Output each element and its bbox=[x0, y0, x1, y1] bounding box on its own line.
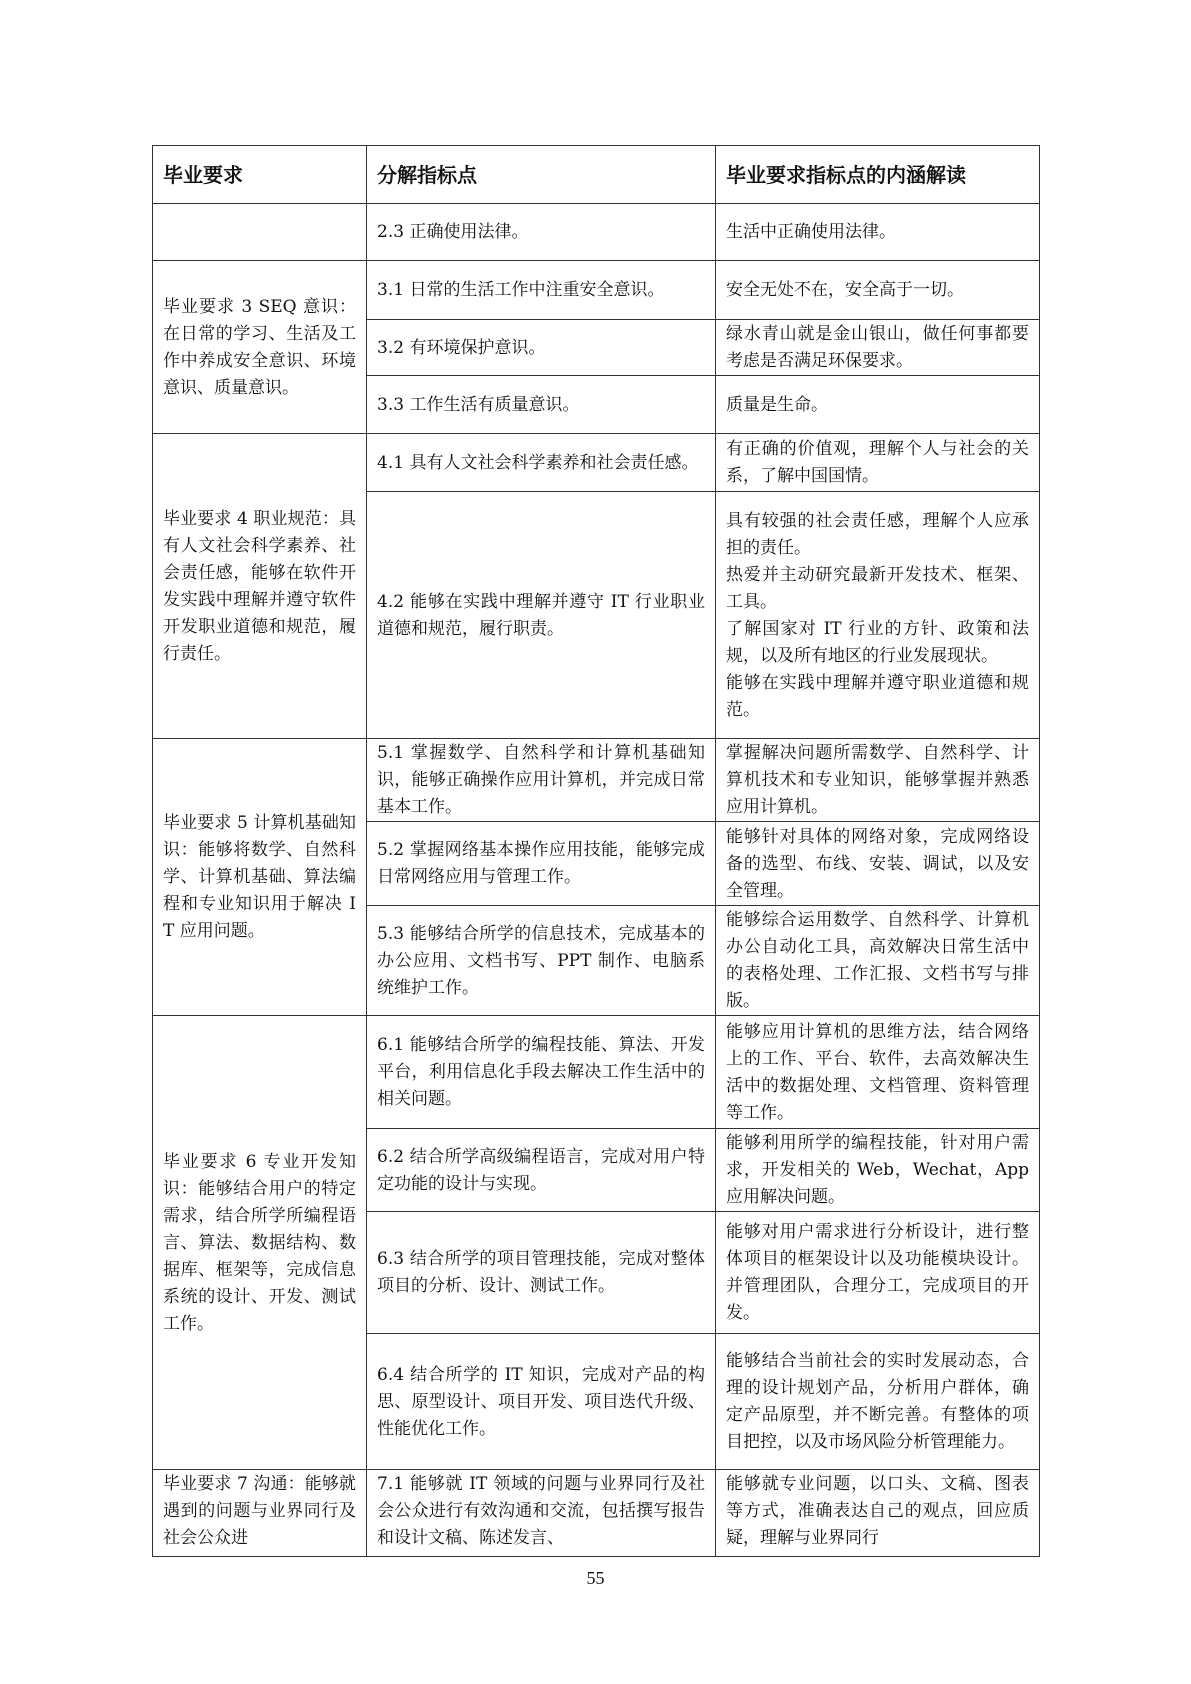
table-row: 毕业要求 7 沟通：能够就遇到的问题与业界同行及社会公众进 7.1 能够就 IT… bbox=[153, 1470, 1040, 1557]
indicator-cell: 5.2 掌握网络基本操作应用技能，能够完成日常网络应用与管理工作。 bbox=[367, 822, 716, 906]
graduation-requirements-table: 毕业要求 分解指标点 毕业要求指标点的内涵解读 2.3 正确使用法律。 生活中正… bbox=[152, 145, 1040, 1557]
interpretation-cell: 能够针对具体的网络对象，完成网络设备的选型、布线、安装、调试，以及安全管理。 bbox=[716, 822, 1040, 906]
requirement-cell: 毕业要求 3 SEQ 意识：在日常的学习、生活及工作中养成安全意识、环境意识、质… bbox=[153, 261, 367, 434]
interpretation-line: 热爱并主动研究最新开发技术、框架、工具。 bbox=[726, 562, 1029, 616]
interpretation-cell: 具有较强的社会责任感，理解个人应承担的责任。 热爱并主动研究最新开发技术、框架、… bbox=[716, 492, 1040, 739]
interpretation-line: 绿水青山就是金山银山，做任何事都要考虑是否满足环保要求。 bbox=[726, 321, 1029, 375]
interpretation-cell: 能够综合运用数学、自然科学、计算机办公自动化工具，高效解决日常生活中的表格处理、… bbox=[716, 906, 1040, 1016]
interpretation-line: 能够在实践中理解并遵守职业道德和规范。 bbox=[726, 670, 1029, 724]
indicator-cell: 6.1 能够结合所学的编程技能、算法、开发平台，利用信息化手段去解决工作生活中的… bbox=[367, 1016, 716, 1129]
interpretation-line: 掌握解决问题所需数学、自然科学、计算机技术和专业知识，能够掌握并熟悉应用计算机。 bbox=[726, 740, 1029, 821]
table-row: 毕业要求 3 SEQ 意识：在日常的学习、生活及工作中养成安全意识、环境意识、质… bbox=[153, 261, 1040, 320]
interpretation-cell: 掌握解决问题所需数学、自然科学、计算机技术和专业知识，能够掌握并熟悉应用计算机。 bbox=[716, 739, 1040, 822]
interpretation-line: 能够针对具体的网络对象，完成网络设备的选型、布线、安装、调试，以及安全管理。 bbox=[726, 824, 1029, 905]
indicator-cell: 6.3 结合所学的项目管理技能，完成对整体项目的分析、设计、测试工作。 bbox=[367, 1212, 716, 1334]
interpretation-line: 能够就专业问题，以口头、文稿、图表等方式，准确表达自己的观点，回应质疑，理解与业… bbox=[726, 1471, 1029, 1552]
page-number: 55 bbox=[0, 1568, 1191, 1589]
indicator-cell: 3.2 有环境保护意识。 bbox=[367, 320, 716, 376]
interpretation-line: 了解国家对 IT 行业的方针、政策和法规，以及所有地区的行业发展现状。 bbox=[726, 616, 1029, 670]
requirement-cell: 毕业要求 5 计算机基础知识：能够将数学、自然科学、计算机基础、算法编程和专业知… bbox=[153, 739, 367, 1016]
indicator-cell: 4.1 具有人文社会科学素养和社会责任感。 bbox=[367, 434, 716, 492]
interpretation-line: 能够对用户需求进行分析设计，进行整体项目的框架设计以及功能模块设计。并管理团队，… bbox=[726, 1219, 1029, 1327]
interpretation-line: 有正确的价值观，理解个人与社会的关系，了解中国国情。 bbox=[726, 436, 1029, 490]
indicator-cell: 3.1 日常的生活工作中注重安全意识。 bbox=[367, 261, 716, 320]
interpretation-cell: 生活中正确使用法律。 bbox=[716, 204, 1040, 261]
table-row: 毕业要求 5 计算机基础知识：能够将数学、自然科学、计算机基础、算法编程和专业知… bbox=[153, 739, 1040, 822]
table-header-row: 毕业要求 分解指标点 毕业要求指标点的内涵解读 bbox=[153, 146, 1040, 204]
interpretation-cell: 绿水青山就是金山银山，做任何事都要考虑是否满足环保要求。 bbox=[716, 320, 1040, 376]
interpretation-line: 质量是生命。 bbox=[726, 392, 1029, 419]
table-row: 毕业要求 4 职业规范：具有人文社会科学素养、社会责任感，能够在软件开发实践中理… bbox=[153, 434, 1040, 492]
header-interpretation: 毕业要求指标点的内涵解读 bbox=[716, 146, 1040, 204]
requirement-cell: 毕业要求 7 沟通：能够就遇到的问题与业界同行及社会公众进 bbox=[153, 1470, 367, 1557]
interpretation-line: 具有较强的社会责任感，理解个人应承担的责任。 bbox=[726, 508, 1029, 562]
indicator-cell: 7.1 能够就 IT 领域的问题与业界同行及社会公众进行有效沟通和交流，包括撰写… bbox=[367, 1470, 716, 1557]
interpretation-cell: 安全无处不在，安全高于一切。 bbox=[716, 261, 1040, 320]
table-row: 毕业要求 6 专业开发知识：能够结合用户的特定需求，结合所学所编程语言、算法、数… bbox=[153, 1016, 1040, 1129]
interpretation-line: 能够结合当前社会的实时发展动态，合理的设计规划产品，分析用户群体，确定产品原型，… bbox=[726, 1348, 1029, 1456]
requirement-cell: 毕业要求 6 专业开发知识：能够结合用户的特定需求，结合所学所编程语言、算法、数… bbox=[153, 1016, 367, 1470]
indicator-cell: 5.3 能够结合所学的信息技术，完成基本的办公应用、文档书写、PPT 制作、电脑… bbox=[367, 906, 716, 1016]
interpretation-cell: 质量是生命。 bbox=[716, 376, 1040, 434]
requirement-cell: 毕业要求 4 职业规范：具有人文社会科学素养、社会责任感，能够在软件开发实践中理… bbox=[153, 434, 367, 739]
interpretation-cell: 能够应用计算机的思维方法，结合网络上的工作、平台、软件，去高效解决生活中的数据处… bbox=[716, 1016, 1040, 1129]
interpretation-line: 生活中正确使用法律。 bbox=[726, 219, 1029, 246]
header-requirement: 毕业要求 bbox=[153, 146, 367, 204]
interpretation-cell: 有正确的价值观，理解个人与社会的关系，了解中国国情。 bbox=[716, 434, 1040, 492]
indicator-cell: 4.2 能够在实践中理解并遵守 IT 行业职业道德和规范，履行职责。 bbox=[367, 492, 716, 739]
interpretation-line: 能够利用所学的编程技能，针对用户需求，开发相关的 Web，Wechat，App … bbox=[726, 1130, 1029, 1211]
table-row: 2.3 正确使用法律。 生活中正确使用法律。 bbox=[153, 204, 1040, 261]
indicator-cell: 2.3 正确使用法律。 bbox=[367, 204, 716, 261]
interpretation-line: 安全无处不在，安全高于一切。 bbox=[726, 277, 1029, 304]
indicator-cell: 5.1 掌握数学、自然科学和计算机基础知识，能够正确操作应用计算机，并完成日常基… bbox=[367, 739, 716, 822]
header-indicator: 分解指标点 bbox=[367, 146, 716, 204]
interpretation-cell: 能够利用所学的编程技能，针对用户需求，开发相关的 Web，Wechat，App … bbox=[716, 1129, 1040, 1212]
indicator-cell: 3.3 工作生活有质量意识。 bbox=[367, 376, 716, 434]
interpretation-cell: 能够对用户需求进行分析设计，进行整体项目的框架设计以及功能模块设计。并管理团队，… bbox=[716, 1212, 1040, 1334]
interpretation-line: 能够综合运用数学、自然科学、计算机办公自动化工具，高效解决日常生活中的表格处理、… bbox=[726, 907, 1029, 1015]
requirement-cell bbox=[153, 204, 367, 261]
interpretation-line: 能够应用计算机的思维方法，结合网络上的工作、平台、软件，去高效解决生活中的数据处… bbox=[726, 1019, 1029, 1127]
interpretation-cell: 能够结合当前社会的实时发展动态，合理的设计规划产品，分析用户群体，确定产品原型，… bbox=[716, 1334, 1040, 1470]
indicator-cell: 6.4 结合所学的 IT 知识，完成对产品的构思、原型设计、项目开发、项目迭代升… bbox=[367, 1334, 716, 1470]
interpretation-cell: 能够就专业问题，以口头、文稿、图表等方式，准确表达自己的观点，回应质疑，理解与业… bbox=[716, 1470, 1040, 1557]
indicator-cell: 6.2 结合所学高级编程语言，完成对用户特定功能的设计与实现。 bbox=[367, 1129, 716, 1212]
